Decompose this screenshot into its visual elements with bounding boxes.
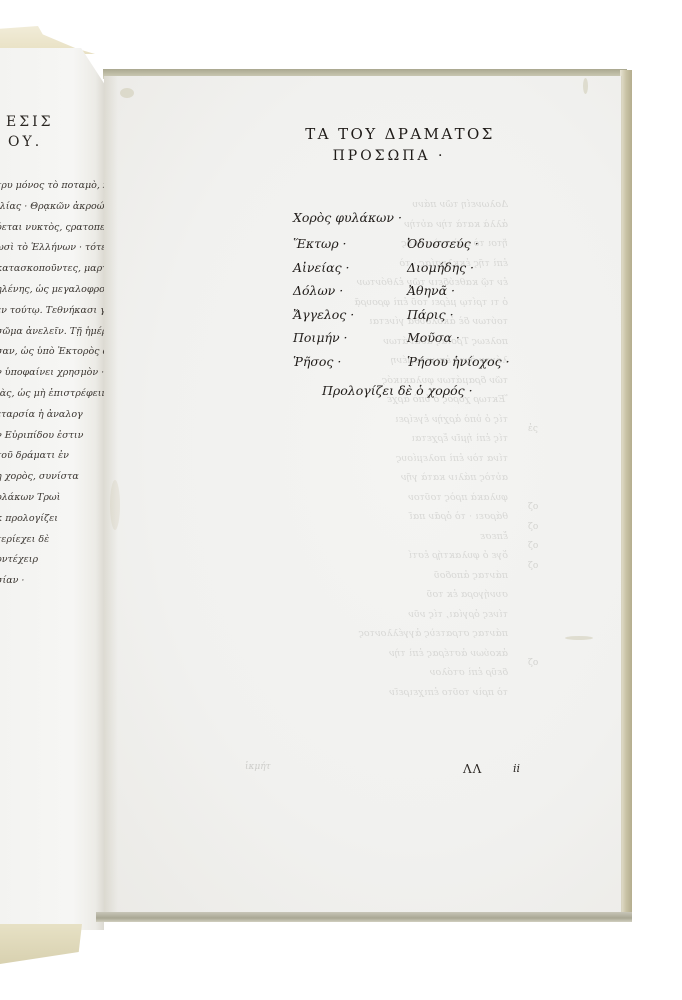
left-heading-line-1: ΕΣΙΣ	[6, 112, 108, 132]
left-text-line: ηλένης, ὡς μεγαλοφροσύνη	[0, 280, 106, 301]
book-photograph: ΕΣΙΣ ΟΥ. τρυ μόνος τὸ ποταμὸ, καὶ ιλίας …	[0, 0, 682, 1000]
foxing-stain	[583, 78, 588, 94]
character-name: Πάρις ·	[407, 307, 454, 331]
bleed-line: θάρσει · τὸ ὁρᾶν παῖ	[228, 507, 508, 527]
bleed-line: τίνα τὸν ἐπὶ πολεμίους	[228, 449, 508, 469]
character-name: Δόλων ·	[293, 283, 407, 307]
cover-edge-bottom	[96, 912, 632, 922]
character-name: Ἄγγελος ·	[293, 307, 407, 331]
bleed-margin-number	[528, 596, 548, 616]
character-name: Αἰνείας ·	[293, 260, 407, 284]
cast-row: Ποιμήν · Μοῦσα ·	[293, 330, 543, 354]
bleed-line: πάντας ἀποδοῦ	[228, 566, 508, 586]
left-text-line: ιλίας · Θρᾳκῶν ἀκροώμε-	[0, 197, 106, 218]
character-name: Ποιμήν ·	[293, 330, 407, 354]
left-text-line: τερίεχει δὲ	[0, 530, 106, 551]
left-page-heading: ΕΣΙΣ ΟΥ.	[8, 112, 108, 152]
left-text-line: σίαν ·	[0, 571, 106, 592]
character-name: Ὀδυσσεύς ·	[407, 236, 479, 260]
left-text-line: τοῦ δράματι ἐν	[0, 446, 106, 467]
left-text-line: ωσὶ τὸ Ἑλλήνων · τότε Ὀ	[0, 238, 106, 259]
left-text-line: ν ὑποφαίνει χρησμὸν · ἡ	[0, 363, 106, 384]
cast-row: Αἰνείας · Διομήδης ·	[293, 260, 543, 284]
chorus-entry: Χορὸς φυλάκων ·	[293, 210, 402, 225]
bleed-margin-number	[528, 459, 548, 479]
character-name: Ἕκτωρ ·	[293, 236, 407, 260]
left-text-line: υλάκων Τρωὶ	[0, 488, 106, 509]
cast-row: Ἄγγελος · Πάρις ·	[293, 307, 543, 331]
character-name: Διομήδης ·	[407, 260, 474, 284]
title-line-1: ΤΑ ΤΟΥ ΔΡΑΜΑΤΟΣ	[270, 123, 530, 145]
cast-row: Ῥῆσος · Ῥήσου ἡνίοχος ·	[293, 354, 543, 378]
left-text-line: τρυ μόνος τὸ ποταμὸ, καὶ	[0, 176, 106, 197]
bleed-margin-number	[528, 576, 548, 596]
bleed-margin-number: ἐς	[528, 420, 548, 440]
signature-mark: ΛΛ	[463, 762, 482, 776]
prologue-line: Προλογίζει δὲ ὁ χορός ·	[322, 383, 473, 398]
bleed-margin-number: ζο	[528, 654, 548, 674]
character-name: Ῥήσου ἡνίοχος ·	[407, 354, 510, 378]
bleed-margin-number: ζο	[528, 557, 548, 577]
bleed-margin-number	[528, 615, 548, 635]
bleed-line: ἀκούων ἀστέρας ἐπὶ τὴν	[228, 644, 508, 664]
bleed-line: ὅγε ὁ φυλακτήρ ἐστί	[228, 546, 508, 566]
bleed-margin-number: ζο	[528, 518, 548, 538]
bleed-line: τίς ἐπὶ ἡμῖν ἔρχεται	[228, 429, 508, 449]
left-text-line: σῶμα ἀνελεῖν. Τῇ ἡμέρᾳ	[0, 322, 106, 343]
bleed-line: αὐτὸς πάλιν κατὰ γῆν	[228, 468, 508, 488]
cast-row: Δόλων · Ἀθηνᾶ ·	[293, 283, 543, 307]
foxing-stain	[110, 480, 120, 530]
foxing-stain	[565, 636, 593, 640]
left-text-line: ιὰς, ὡς μὴ ἐπιστρέφειν	[0, 384, 106, 405]
bleed-line: συνήγορα ἐκ τοῦ	[228, 585, 508, 605]
left-text-line: ν Εὐριπίδου ἐστιν	[0, 426, 106, 447]
leaf-number: ii	[513, 762, 520, 775]
cast-row: Ἕκτωρ · Ὀδυσσεύς ·	[293, 236, 543, 260]
character-name: Ἀθηνᾶ ·	[407, 283, 455, 307]
bleed-line: τὸ πρὶν τοῦτο ἐπιχειρεῖν	[228, 683, 508, 703]
bleed-line: τίνες ὀργίαι, τίς νῦν	[228, 605, 508, 625]
left-text-line: σαν, ὡς ὑπὸ Ἐκτορὸς ἀν	[0, 342, 106, 363]
left-text-line: υντέχειρ	[0, 550, 106, 571]
left-heading-line-2: ΟΥ.	[8, 132, 108, 152]
left-text-line: ἐν τούτῳ. Τεθνήκασι γὰρ	[0, 301, 106, 322]
dramatis-personae-list: Ἕκτωρ · Ὀδυσσεύς · Αἰνείας · Διομήδης · …	[293, 236, 543, 378]
bleed-line: δεῦρ ἐπὶ στόλον	[228, 663, 508, 683]
bleed-margin-number: ζο	[528, 537, 548, 557]
character-name: Μοῦσα ·	[407, 330, 460, 354]
left-text-line: κ προλογίζει	[0, 509, 106, 530]
title-line-2: ΠΡΟΣΩΠΑ ·	[248, 145, 530, 167]
bleed-line: φυλακὰ πρὸς τοῦτον	[228, 488, 508, 508]
bleed-margin-numbers: ἐς ζο ζο ζο ζο ζο	[528, 420, 548, 674]
bleed-catchword: ἱκμήτ	[245, 762, 271, 772]
bleed-margin-number	[528, 440, 548, 460]
left-text-line: ἐταρσία ἡ ἀναλογ	[0, 405, 106, 426]
page-title: ΤΑ ΤΟΥ ΔΡΑΜΑΤΟΣ ΠΡΟΣΩΠΑ ·	[270, 123, 530, 167]
bleed-margin-number	[528, 635, 548, 655]
left-text-line: ἡ χορὸς, συνίστα	[0, 467, 106, 488]
left-vellum-binding-bottom	[0, 924, 82, 964]
left-page-text: τρυ μόνος τὸ ποταμὸ, καὶ ιλίας · Θρᾳκῶν …	[0, 176, 106, 592]
left-text-line: ύεται νυκτὸς, ςρατοπεδευο	[0, 218, 106, 239]
bleed-margin-number: ζο	[528, 498, 548, 518]
bleed-line: πάντας στρατεὺς ἀγγέλλοντος	[228, 624, 508, 644]
foxing-stain	[120, 88, 134, 98]
left-text-line: κατασκοποῦντες, μαρτυρ	[0, 259, 106, 280]
bleed-line: ἔπεσε	[228, 527, 508, 547]
character-name: Ῥῆσος ·	[293, 354, 407, 378]
bleed-margin-number	[528, 479, 548, 499]
bleed-line: τίς ὁ ὑπὸ ἀρχὴν ἐγείρει	[228, 410, 508, 430]
